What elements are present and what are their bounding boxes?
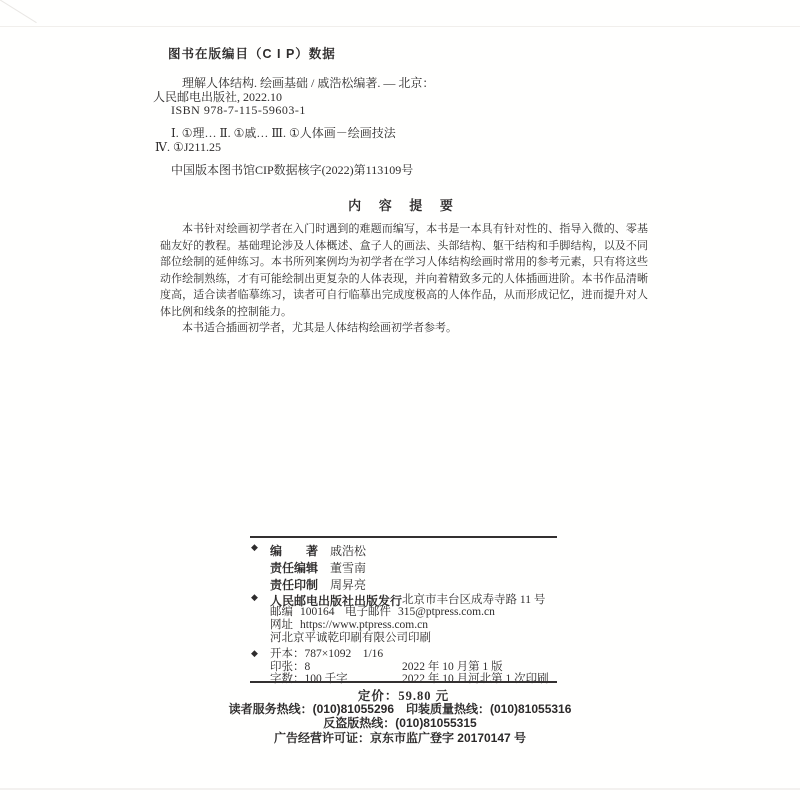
cip-classification-1: Ⅰ. ①理… Ⅱ. ①戚… Ⅲ. ①人体画－绘画技法	[171, 126, 396, 140]
summary-title: 内 容 提 要	[160, 195, 648, 214]
credit-value-print-supervisor: 周昇亮	[330, 576, 366, 593]
website-label: 网址	[270, 619, 293, 632]
ad-license-number: 广告经营许可证：京东市监广登字 20170147 号	[0, 729, 800, 746]
page-top-edge	[0, 26, 800, 27]
impression-info: 2022 年 10 月河北第 1 次印刷	[402, 673, 549, 686]
credit-label-author: 编 著	[270, 542, 318, 559]
website-value: https://www.ptpress.com.cn	[300, 619, 428, 632]
credit-label-editor: 责任编辑	[270, 559, 318, 576]
summary-body: 本书针对绘画初学者在入门时遇到的难题而编写，本书是一本具有针对性的、指导入微的、…	[160, 221, 648, 337]
book-copyright-page: 图书在版编目（C I P）数据 理解人体结构. 绘画基础 / 戚浩松编著. — …	[0, 0, 800, 800]
credit-label-print-supervisor: 责任印制	[270, 576, 318, 593]
diamond-bullet-icon: ◆	[251, 648, 258, 659]
colophon-top-rule	[250, 536, 557, 538]
cip-record-number: 中国版本图书馆CIP数据核字(2022)第113109号	[171, 163, 413, 177]
format-wordcount: 字数：100 千字	[270, 673, 348, 686]
postcode-value: 100164	[300, 606, 335, 619]
cip-classification-2: Ⅳ. ①J211.25	[155, 140, 221, 154]
page-bottom-edge	[0, 788, 800, 790]
cip-publisher-line: 人民邮电出版社, 2022.10	[153, 90, 282, 104]
credit-value-author: 戚浩松	[330, 542, 366, 559]
diamond-bullet-icon: ◆	[251, 592, 258, 603]
postcode-label: 邮编	[270, 606, 293, 619]
summary-paragraph-2: 本书适合插画初学者，尤其是人体结构绘画初学者参考。	[160, 320, 648, 337]
cip-isbn: ISBN 978-7-115-59603-1	[171, 103, 306, 117]
credit-value-editor: 董雪南	[330, 559, 366, 576]
page-corner-fold	[0, 0, 37, 23]
cip-title-line: 理解人体结构. 绘画基础 / 戚浩松编著. — 北京：	[182, 76, 434, 90]
cip-header: 图书在版编目（C I P）数据	[168, 44, 336, 62]
colophon-bottom-rule	[250, 681, 557, 683]
email-value: 315@ptpress.com.cn	[398, 606, 495, 619]
printer-name: 河北京平诚乾印刷有限公司印刷	[270, 632, 431, 645]
summary-paragraph-1: 本书针对绘画初学者在入门时遇到的难题而编写，本书是一本具有针对性的、指导入微的、…	[160, 221, 648, 320]
email-label: 电子邮件	[345, 606, 391, 619]
diamond-bullet-icon: ◆	[251, 542, 258, 553]
format-size: 开本：787×1092 1/16	[270, 648, 383, 661]
